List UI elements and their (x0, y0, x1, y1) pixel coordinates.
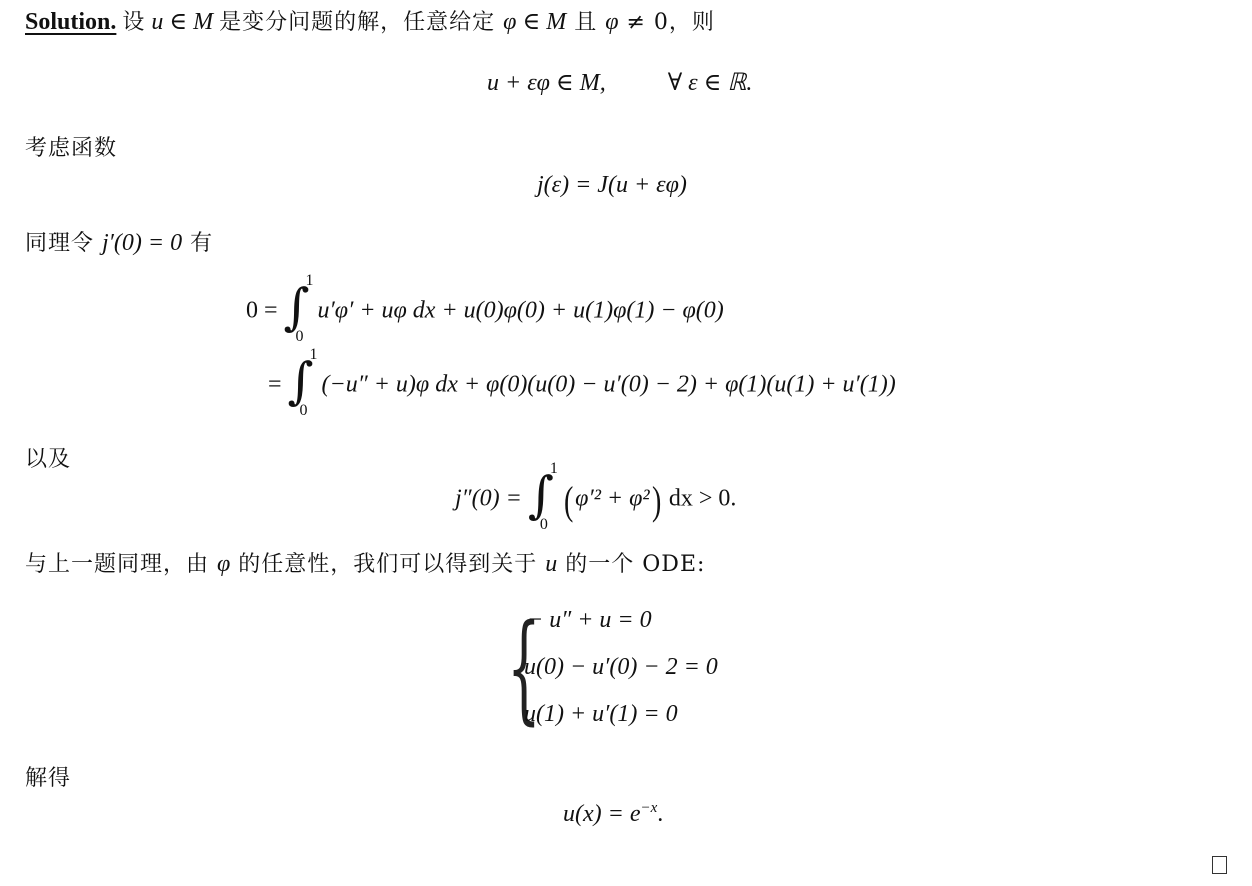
ode-line-3: u(1) + u′(1) = 0 (524, 701, 678, 728)
intro-text: 且 (566, 10, 605, 35)
integral-sign: ∫10 (284, 282, 312, 342)
var-phi: φ (503, 9, 516, 35)
eq1-lhs: u + εφ ∈ M, (487, 70, 606, 96)
math-inline: j′(0) = 0 (102, 230, 182, 256)
eq5-exponent: −x (640, 800, 657, 816)
var-u: u (545, 551, 557, 577)
solution-heading: Solution. (25, 9, 116, 35)
eq4-tail: dx > 0. (669, 486, 737, 512)
in-symbol: ∈ (163, 9, 193, 35)
eq3-line2-rhs: (−u″ + u)φ dx + φ(0)(u(0) − u′(0) − 2) +… (322, 372, 896, 398)
text-similarly: 同理令 j′(0) = 0 有 (25, 226, 213, 257)
text: 的一个 ODE: (557, 552, 705, 577)
equation-5: u(x) = e−x. (563, 800, 663, 828)
text-solve: 解得 (25, 761, 71, 792)
eq5-main: u(x) = e (563, 801, 640, 827)
var-u: u (151, 9, 163, 35)
var-phi: φ (605, 9, 618, 35)
eq4-integrand: φ′² + φ² (575, 486, 649, 512)
qed-box (1212, 856, 1227, 874)
var-phi: φ (217, 551, 230, 577)
equation-2: j(ε) = J(u + εφ) (537, 172, 687, 199)
intro-text: 设 (122, 10, 145, 35)
text: 有 (182, 231, 213, 256)
equation-3-line-1: 0 = ∫10 u′φ′ + uφ dx + u(0)φ(0) + u(1)φ(… (246, 282, 724, 342)
eq1-rhs: ∀ ε ∈ ℝ. (668, 70, 753, 96)
eq5-end: . (657, 801, 663, 827)
integral-sign: ∫10 (288, 356, 316, 416)
intro-text: ≠ 0，则 (618, 10, 714, 35)
eq4-lhs: j″(0) = (455, 486, 522, 512)
var-M: M (193, 9, 213, 35)
text: 与上一题同理，由 (25, 552, 217, 577)
eq3-line1-rhs: u′φ′ + uφ dx + u(0)φ(0) + u(1)φ(1) − φ(0… (318, 298, 724, 324)
text: 的任意性，我们可以得到关于 (230, 552, 545, 577)
ode-line-1: − u″ + u = 0 (527, 607, 652, 634)
integral-sign: ∫10 (528, 470, 556, 530)
text-and: 以及 (25, 442, 71, 473)
ode-line-2: u(0) − u′(0) − 2 = 0 (524, 654, 718, 681)
equation-3-line-2: = ∫10 (−u″ + u)φ dx + φ(0)(u(0) − u′(0) … (268, 356, 896, 416)
text-consider: 考虑函数 (25, 131, 117, 162)
equation-1: u + εφ ∈ M, ∀ ε ∈ ℝ. (487, 68, 752, 97)
equation-4: j″(0) = ∫10 (φ′² + φ²) dx > 0. (455, 470, 736, 530)
intro-text: 是变分问题的解，任意给定 (219, 10, 503, 35)
text: 同理令 (25, 231, 102, 256)
text-ode: 与上一题同理，由 φ 的任意性，我们可以得到关于 u 的一个 ODE: (25, 547, 705, 578)
solution-intro: Solution. 设 u ∈ M 是变分问题的解，任意给定 φ ∈ M 且 φ… (25, 5, 715, 36)
eq3-lhs: 0 = (246, 298, 278, 324)
eq3-eq: = (268, 372, 282, 398)
